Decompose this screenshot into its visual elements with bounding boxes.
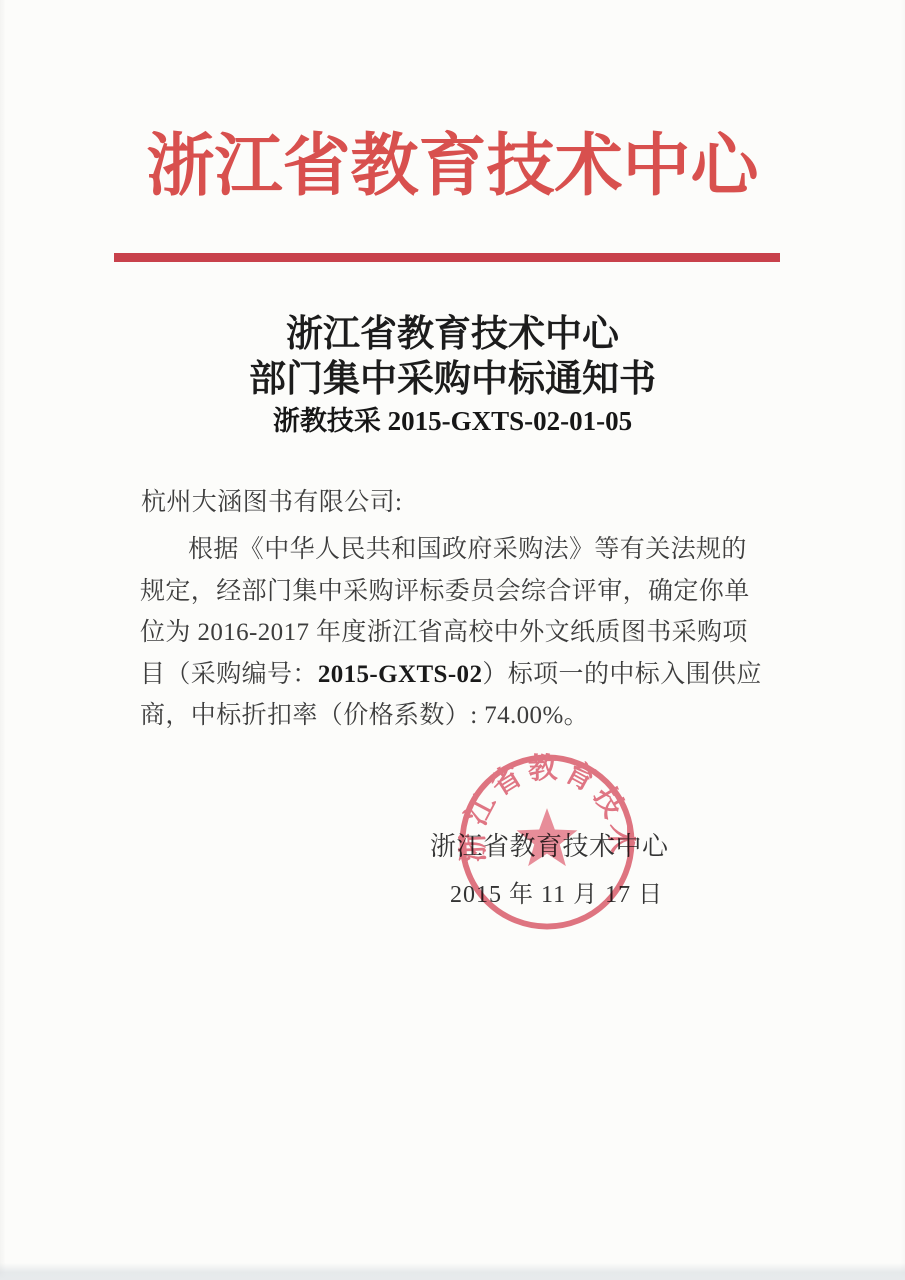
body-line-1: 根据《中华人民共和国政府采购法》等有关法规的	[188, 534, 747, 565]
body-line-4-pre: 目（采购编号：	[140, 661, 318, 688]
body-line-4-post: ）标项一的中标入围供应	[482, 661, 761, 688]
body-line-3: 位为 2016-2017 年度浙江省高校中外文纸质图书采购项	[140, 617, 748, 648]
body-line-5: 商，中标折扣率（价格系数）: 74.00%。	[140, 700, 589, 731]
body-line-4: 目（采购编号：2015-GXTS-02）标项一的中标入围供应	[140, 659, 762, 690]
body-line-2: 规定，经部门集中采购评标委员会综合评审，确定你单	[140, 576, 750, 607]
page-edge-shadow	[0, 1263, 905, 1280]
procurement-award-notice-page: 浙江省教育技术中心 浙江省教育技术中心 部门集中采购中标通知书 浙教技采 201…	[0, 0, 905, 1280]
letterhead-org-title: 浙江省教育技术中心	[0, 112, 905, 209]
procurement-code: 2015-GXTS-02	[318, 661, 483, 688]
signature-org: 浙江省教育技术中心	[430, 826, 669, 863]
notice-title-line2: 部门集中采购中标通知书	[0, 348, 905, 402]
document-number: 浙教技采 2015-GXTS-02-01-05	[0, 399, 905, 438]
recipient-line: 杭州大涵图书有限公司:	[141, 487, 402, 518]
letterhead-rule	[114, 253, 780, 262]
signature-date: 2015 年 11 月 17 日	[450, 874, 663, 909]
